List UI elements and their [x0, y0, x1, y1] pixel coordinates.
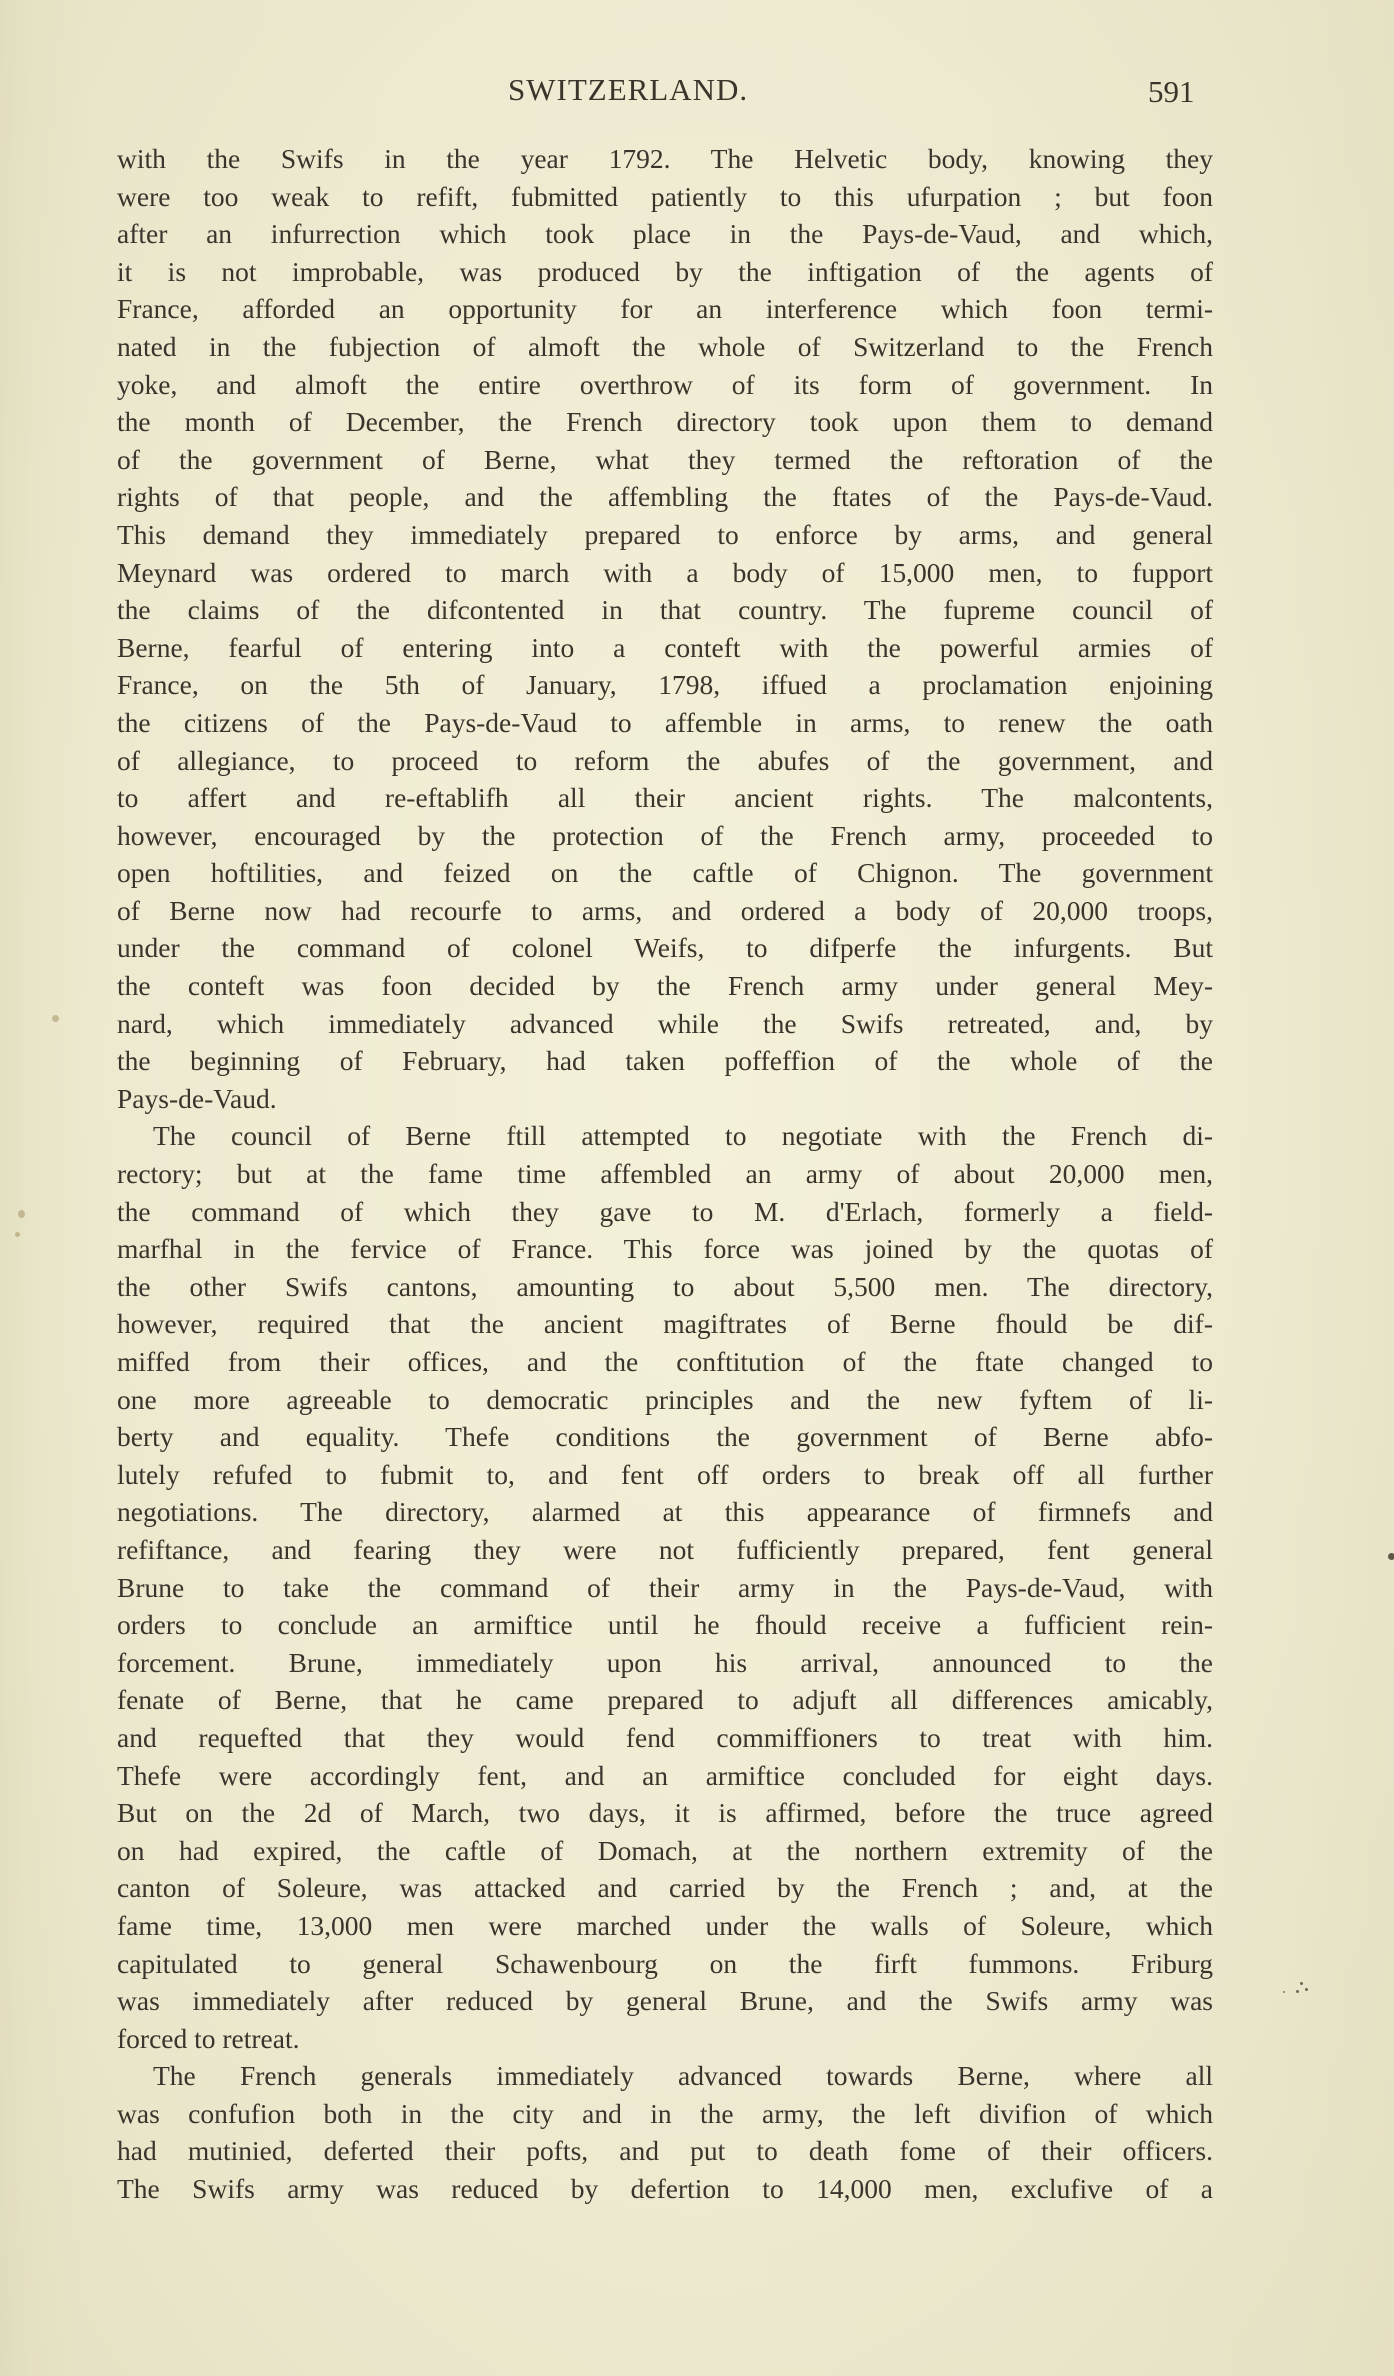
text-line: nard, which immediately advanced while t… [117, 1005, 1213, 1043]
text-line: The Swifs army was reduced by defertion … [117, 2170, 1213, 2208]
foxing-spot [52, 1015, 59, 1022]
text-line: on had expired, the caftle of Domach, at… [117, 1832, 1213, 1870]
text-line: France, afforded an opportunity for an i… [117, 290, 1213, 328]
text-line: under the command of colonel Weifs, to d… [117, 929, 1213, 967]
running-header: SWITZERLAND. 591 [0, 72, 1394, 122]
body-text: with the Swifs in the year 1792. The Hel… [117, 140, 1213, 2208]
text-line: the command of which they gave to M. d'E… [117, 1193, 1213, 1231]
foxing-spot [18, 1210, 25, 1218]
text-line: it is not improbable, was produced by th… [117, 253, 1213, 291]
text-line: however, encouraged by the protection of… [117, 817, 1213, 855]
text-line: refiftance, and fearing they were not fu… [117, 1531, 1213, 1569]
text-line: This demand they immediately prepared to… [117, 516, 1213, 554]
text-line: was immediately after reduced by general… [117, 1982, 1213, 2020]
text-line: had mutinied, deferted their pofts, and … [117, 2132, 1213, 2170]
page-number: 591 [1148, 74, 1195, 110]
text-line: orders to conclude an armiftice until he… [117, 1606, 1213, 1644]
text-line: the conteft was foon decided by the Fren… [117, 967, 1213, 1005]
running-title: SWITZERLAND. [508, 72, 748, 108]
ink-spot [1388, 1553, 1394, 1560]
text-line: however, required that the ancient magif… [117, 1305, 1213, 1343]
text-line: nated in the fubjection of almoft the wh… [117, 328, 1213, 366]
text-line: of allegiance, to proceed to reform the … [117, 742, 1213, 780]
text-line: Pays-de-Vaud. [117, 1080, 1213, 1118]
text-line: and requefted that they would fend commi… [117, 1719, 1213, 1757]
text-line: canton of Soleure, was attacked and carr… [117, 1869, 1213, 1907]
ink-speck [1283, 1991, 1285, 1993]
text-line: yoke, and almoft the entire overthrow of… [117, 366, 1213, 404]
text-line: the other Swifs cantons, amounting to ab… [117, 1268, 1213, 1306]
text-line: Thefe were accordingly fent, and an armi… [117, 1757, 1213, 1795]
text-line: lutely refufed to fubmit to, and fent of… [117, 1456, 1213, 1494]
text-line: the citizens of the Pays-de-Vaud to affe… [117, 704, 1213, 742]
text-line: one more agreeable to democratic princip… [117, 1381, 1213, 1419]
ink-speck [1300, 1982, 1303, 1985]
text-line: France, on the 5th of January, 1798, iff… [117, 666, 1213, 704]
text-line: the month of December, the French direct… [117, 403, 1213, 441]
text-line: the claims of the difcontented in that c… [117, 591, 1213, 629]
text-line: the beginning of February, had taken pof… [117, 1042, 1213, 1080]
text-line: forced to retreat. [117, 2020, 1213, 2058]
text-line: rectory; but at the fame time affembled … [117, 1155, 1213, 1193]
text-line: fenate of Berne, that he came prepared t… [117, 1681, 1213, 1719]
text-line: rights of that people, and the affemblin… [117, 478, 1213, 516]
text-line: Berne, fearful of entering into a contef… [117, 629, 1213, 667]
text-line: Brune to take the command of their army … [117, 1569, 1213, 1607]
ink-speck [1296, 1990, 1299, 1993]
text-line: open hoftilities, and feized on the caft… [117, 854, 1213, 892]
text-line: Meynard was ordered to march with a body… [117, 554, 1213, 592]
text-line: to affert and re-eftablifh all their anc… [117, 779, 1213, 817]
text-line: of Berne now had recourfe to arms, and o… [117, 892, 1213, 930]
text-line: negotiations. The directory, alarmed at … [117, 1493, 1213, 1531]
text-line: capitulated to general Schawenbourg on t… [117, 1945, 1213, 1983]
text-line: berty and equality. Thefe conditions the… [117, 1418, 1213, 1456]
ink-speck [1305, 1988, 1308, 1991]
text-line: fame time, 13,000 men were marched under… [117, 1907, 1213, 1945]
text-line: marfhal in the fervice of France. This f… [117, 1230, 1213, 1268]
text-line: of the government of Berne, what they te… [117, 441, 1213, 479]
text-line: But on the 2d of March, two days, it is … [117, 1794, 1213, 1832]
text-line: after an infurrection which took place i… [117, 215, 1213, 253]
text-line: The French generals immediately advanced… [117, 2057, 1213, 2095]
text-line: forcement. Brune, immediately upon his a… [117, 1644, 1213, 1682]
text-line: were too weak to refift, fubmitted patie… [117, 178, 1213, 216]
text-line: with the Swifs in the year 1792. The Hel… [117, 140, 1213, 178]
foxing-spot [15, 1232, 20, 1237]
text-line: miffed from their offices, and the conft… [117, 1343, 1213, 1381]
text-line: was confufion both in the city and in th… [117, 2095, 1213, 2133]
text-line: The council of Berne ftill attempted to … [117, 1117, 1213, 1155]
